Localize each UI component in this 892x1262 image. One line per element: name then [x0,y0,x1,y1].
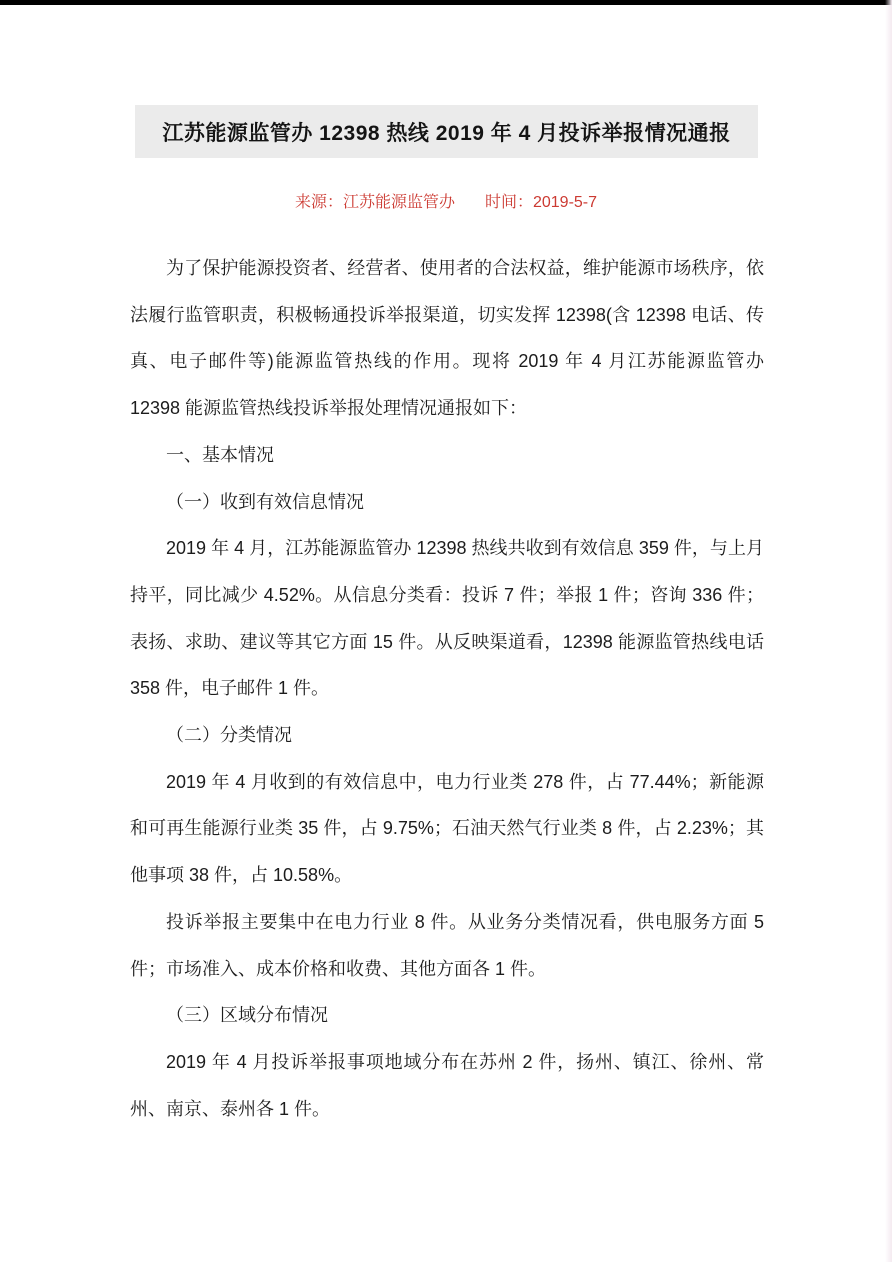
section-heading: （一）收到有效信息情况 [130,479,764,526]
paragraph: 2019 年 4 月投诉举报事项地域分布在苏州 2 件，扬州、镇江、徐州、常州、… [130,1039,764,1132]
source-label: 来源：江苏能源监管办 [295,194,455,211]
paragraph: 2019 年 4 月，江苏能源监管办 12398 热线共收到有效信息 359 件… [130,525,764,712]
date-label: 时间：2019-5-7 [485,194,597,211]
top-black-bar [0,0,892,5]
page-title: 江苏能源监管办 12398 热线 2019 年 4 月投诉举报情况通报 [162,117,730,147]
title-banner: 江苏能源监管办 12398 热线 2019 年 4 月投诉举报情况通报 [135,105,758,158]
paragraph: 投诉举报主要集中在电力行业 8 件。从业务分类情况看，供电服务方面 5 件；市场… [130,899,764,992]
section-heading: 一、基本情况 [130,432,764,479]
document-body: 为了保护能源投资者、经营者、使用者的合法权益，维护能源市场秩序，依法履行监管职责… [130,245,764,1132]
paragraph: 2019 年 4 月收到的有效信息中，电力行业类 278 件，占 77.44%；… [130,759,764,899]
section-heading: （三）区域分布情况 [130,992,764,1039]
paragraph: 为了保护能源投资者、经营者、使用者的合法权益，维护能源市场秩序，依法履行监管职责… [130,245,764,432]
document-page: 江苏能源监管办 12398 热线 2019 年 4 月投诉举报情况通报 来源：江… [0,0,892,1262]
section-heading: （二）分类情况 [130,712,764,759]
meta-line: 来源：江苏能源监管办时间：2019-5-7 [0,189,892,212]
